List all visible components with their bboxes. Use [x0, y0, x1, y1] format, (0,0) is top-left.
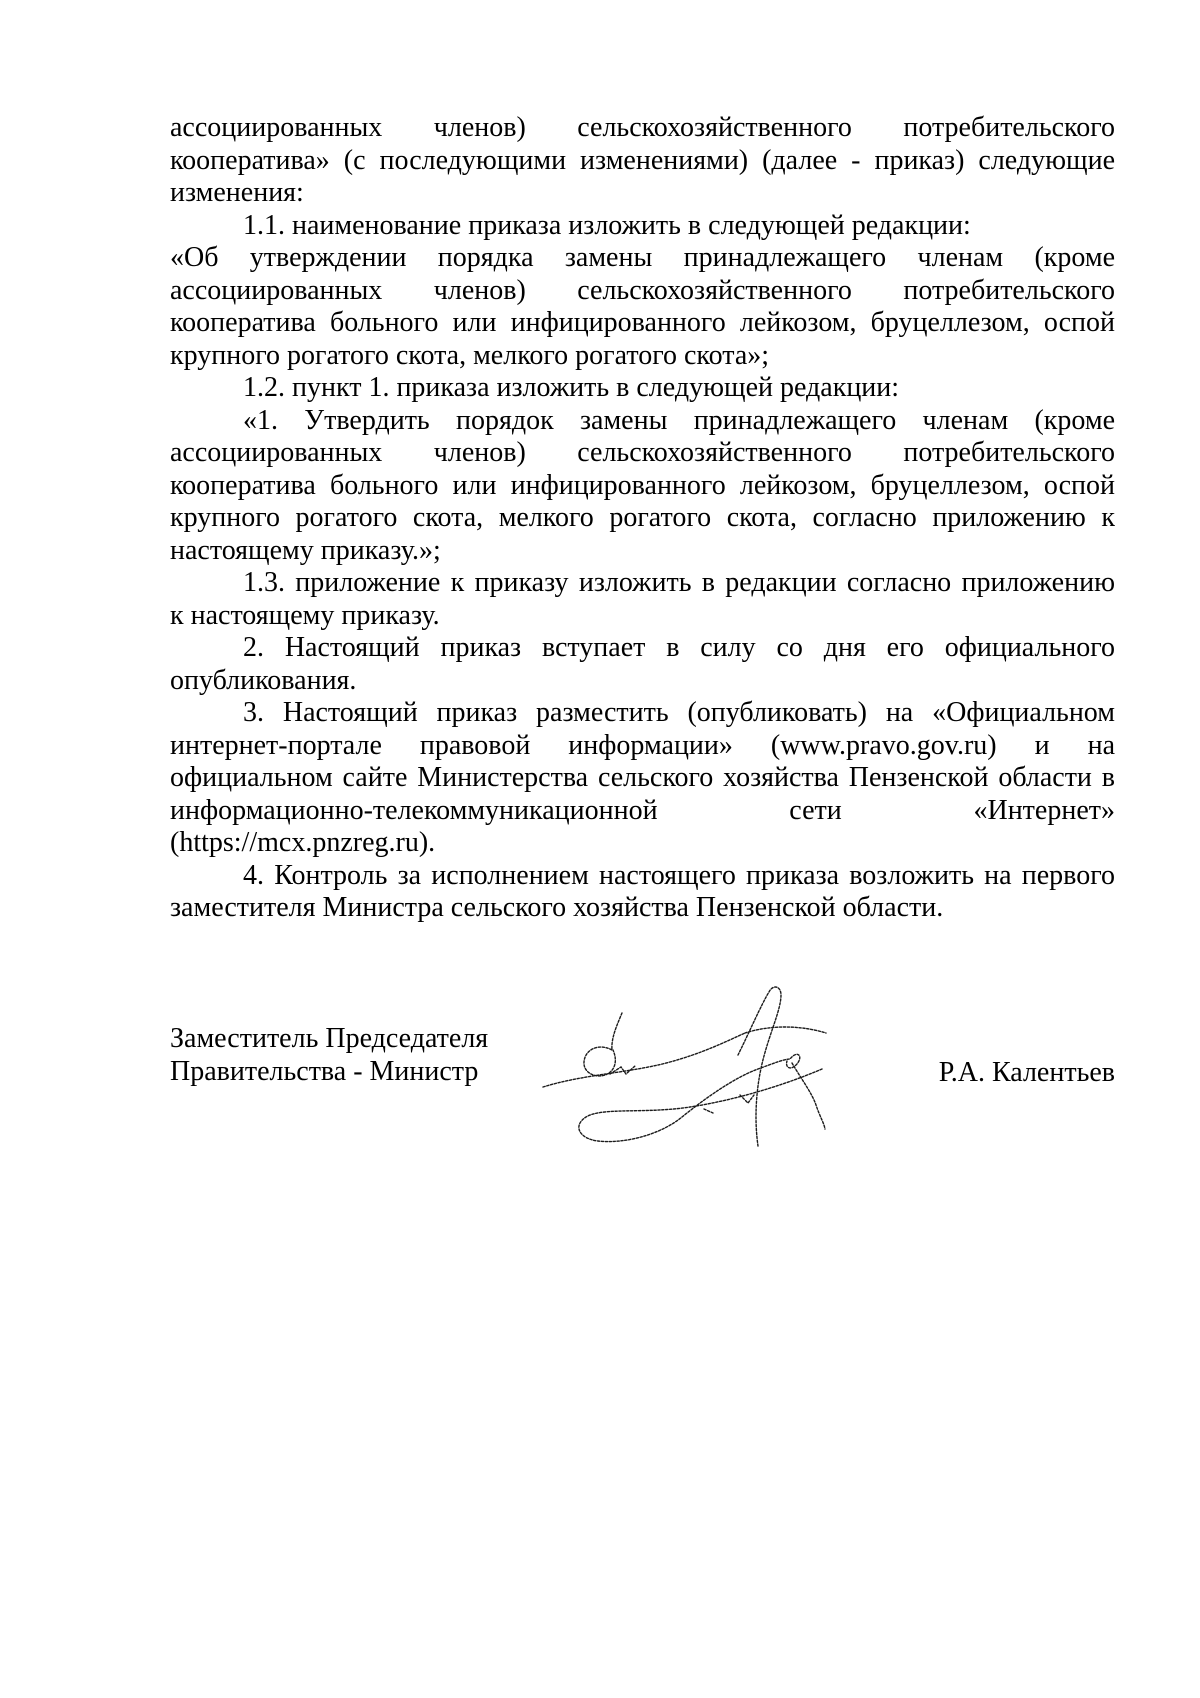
- document-line: 1.3. приложение к приказу изложить в ред…: [170, 567, 1115, 600]
- document-line: 2. Настоящий приказ вступает в силу со д…: [170, 632, 1115, 665]
- document-line: ассоциированных членов) сельскохозяйстве…: [170, 275, 1115, 308]
- document-line: (https://mcx.pnzreg.ru).: [170, 827, 1115, 860]
- document-line: «1. Утвердить порядок замены принадлежащ…: [170, 405, 1115, 438]
- document-line: 1.2. пункт 1. приказа изложить в следующ…: [170, 372, 1115, 405]
- document-line: крупного рогатого скота, мелкого рогатог…: [170, 502, 1115, 535]
- document-line: изменения:: [170, 177, 1115, 210]
- document-line: ассоциированных членов) сельскохозяйстве…: [170, 437, 1115, 470]
- document-line: «Об утверждении порядка замены принадлеж…: [170, 242, 1115, 275]
- document-line: 3. Настоящий приказ разместить (опублико…: [170, 697, 1115, 730]
- document-line: официальном сайте Министерства сельского…: [170, 762, 1115, 795]
- signer-title-line-1: Заместитель Председателя: [170, 1022, 488, 1055]
- document-line: интернет-портале правовой информации» (w…: [170, 730, 1115, 763]
- document-line: крупного рогатого скота, мелкого рогатог…: [170, 340, 1115, 373]
- document-line: информационно-телекоммуникационной сети …: [170, 795, 1115, 828]
- document-line: кооператива больного или инфицированного…: [170, 307, 1115, 340]
- document-line: опубликования.: [170, 665, 1115, 698]
- signer-name: Р.А. Калентьев: [170, 1056, 1115, 1089]
- document-line: кооператива больного или инфицированного…: [170, 470, 1115, 503]
- document-body: ассоциированных членов) сельскохозяйстве…: [170, 112, 1115, 925]
- document-line: 4. Контроль за исполнением настоящего пр…: [170, 860, 1115, 893]
- document-line: заместителя Министра сельского хозяйства…: [170, 892, 1115, 925]
- document-line: к настоящему приказу.: [170, 600, 1115, 633]
- document-line: настоящему приказу.»;: [170, 535, 1115, 568]
- document-line: 1.1. наименование приказа изложить в сле…: [170, 210, 1115, 243]
- document-line: кооператива» (с последующими изменениями…: [170, 145, 1115, 178]
- document-page: ассоциированных членов) сельскохозяйстве…: [0, 0, 1200, 1698]
- document-line: ассоциированных членов) сельскохозяйстве…: [170, 112, 1115, 145]
